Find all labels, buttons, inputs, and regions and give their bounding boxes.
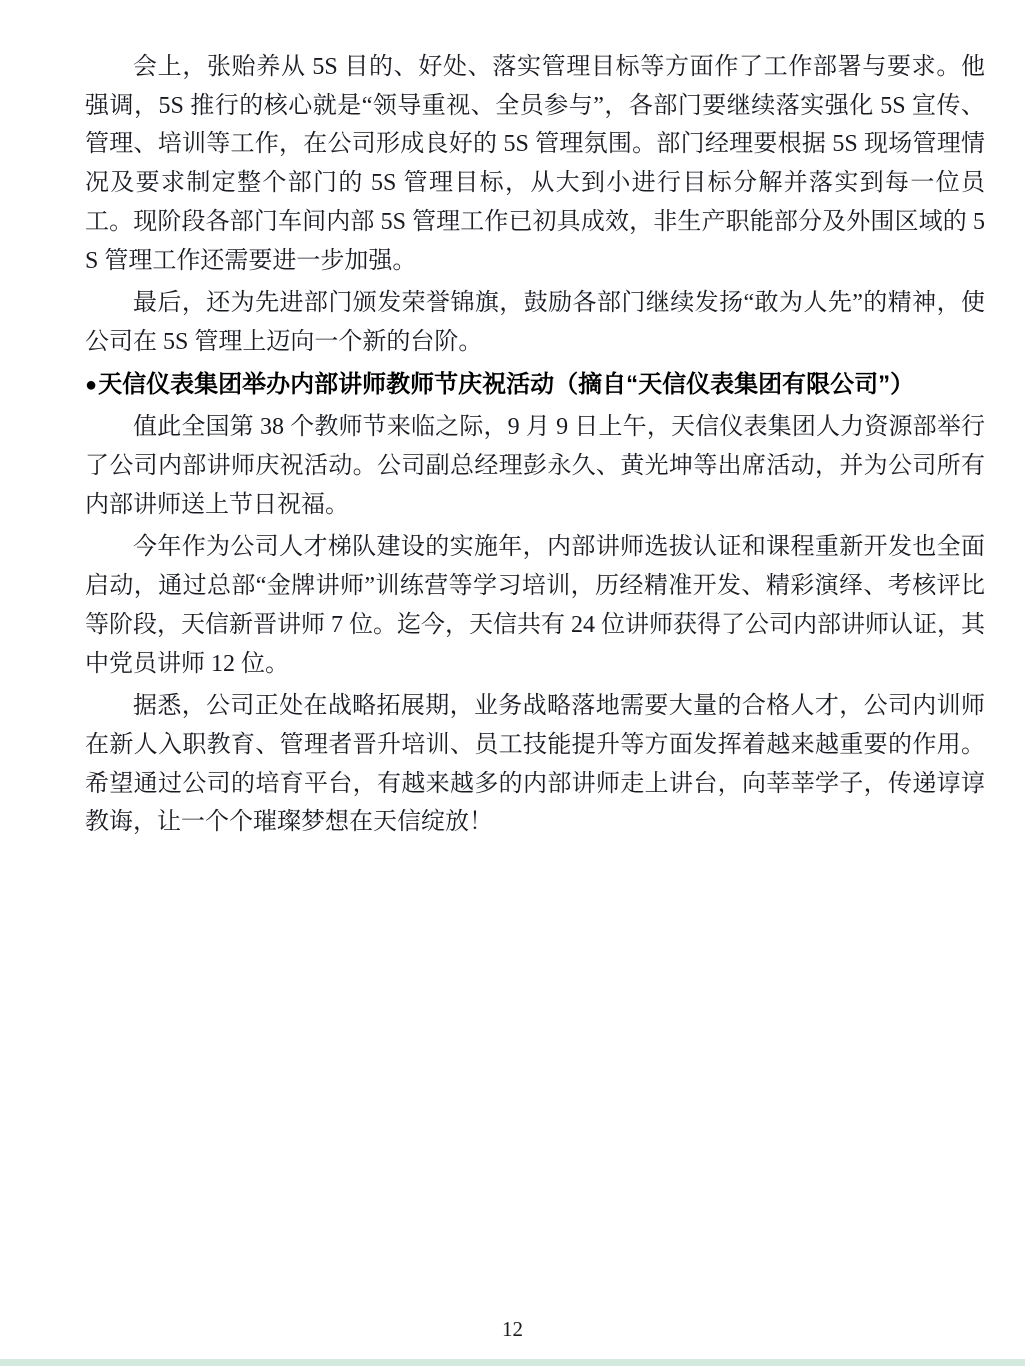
paragraph-5s-awards: 最后，还为先进部门颁发荣誉锦旗，鼓励各部门继续发扬“敢为人先”的精神，使公司在 … bbox=[85, 284, 985, 361]
page-bottom-border bbox=[0, 1359, 1025, 1366]
bullet-icon: ● bbox=[85, 374, 97, 396]
document-content: 会上，张贻养从 5S 目的、好处、落实管理目标等方面作了工作部署与要求。他强调，… bbox=[85, 48, 985, 846]
paragraph-teachers-day-event: 值此全国第 38 个教师节来临之际，9 月 9 日上午，天信仪表集团人力资源部举… bbox=[85, 408, 985, 524]
paragraph-strategy-outlook: 据悉，公司正处在战略拓展期，业务战略落地需要大量的合格人才，公司内训师在新人入职… bbox=[85, 687, 985, 842]
document-page: 会上，张贻养从 5S 目的、好处、落实管理目标等方面作了工作部署与要求。他强调，… bbox=[0, 0, 1025, 1366]
paragraph-trainer-certification: 今年作为公司人才梯队建设的实施年，内部讲师选拔认证和课程重新开发也全面启动，通过… bbox=[85, 528, 985, 683]
page-number: 12 bbox=[502, 1317, 523, 1341]
paragraph-5s-deployment: 会上，张贻养从 5S 目的、好处、落实管理目标等方面作了工作部署与要求。他强调，… bbox=[85, 48, 985, 280]
section-heading: ●天信仪表集团举办内部讲师教师节庆祝活动（摘自“天信仪表集团有限公司”） bbox=[85, 366, 985, 405]
section-heading-text: 天信仪表集团举办内部讲师教师节庆祝活动（摘自“天信仪表集团有限公司”） bbox=[98, 371, 914, 398]
page-footer: 12 bbox=[0, 1316, 1025, 1342]
